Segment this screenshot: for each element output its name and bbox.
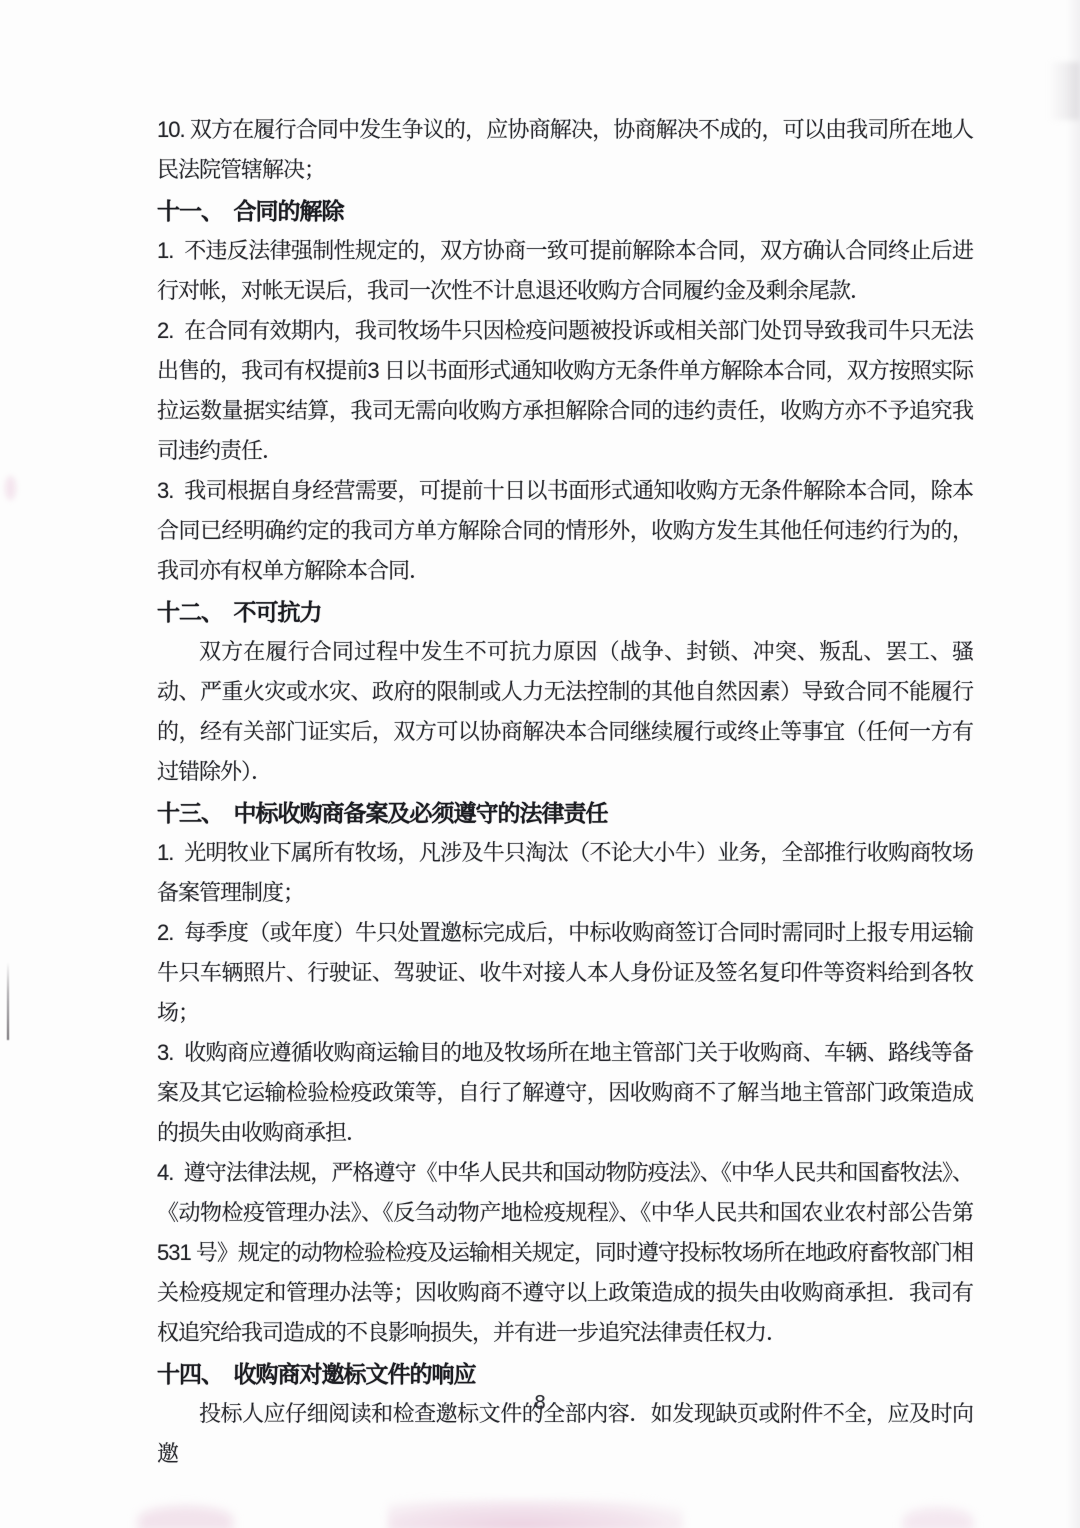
document-paragraph: 双方在履行合同过程中发生不可抗力原因（战争、封锁、冲突、叛乱、罢工、骚动、严重火… [157,632,973,792]
scan-smudge-bottom-left [138,1506,233,1528]
scanned-contract-page: 10. 双方在履行合同中发生争议的，应协商解决，协商解决不成的，可以由我司所在地… [0,0,1080,1528]
document-paragraph: 3. 收购商应遵循收购商运输目的地及牧场所在地主管部门关于收购商、车辆、路线等备… [157,1033,973,1153]
scan-smudge-bottom-right [903,1508,973,1528]
document-paragraph: 2. 每季度（或年度）牛只处置邀标完成后，中标收购商签订合同时需同时上报专用运输… [157,913,973,1033]
scan-edge-shadow [1066,0,1080,1528]
scan-smudge-left [5,476,16,500]
section-heading: 十二、 不可抗力 [157,592,973,632]
section-heading: 十三、 中标收购商备案及必须遵守的法律责任 [157,793,973,833]
document-paragraph: 1. 不违反法律强制性规定的，双方协商一致可提前解除本合同，双方确认合同终止后进… [157,231,973,311]
document-content: 10. 双方在履行合同中发生争议的，应协商解决，协商解决不成的，可以由我司所在地… [157,110,973,1474]
page-number: 8 [0,1392,1080,1415]
document-paragraph: 3. 我司根据自身经营需要，可提前十日以书面形式通知收购方无条件解除本合同，除本… [157,471,973,591]
document-paragraph: 10. 双方在履行合同中发生争议的，应协商解决，协商解决不成的，可以由我司所在地… [157,110,973,190]
document-paragraph: 2. 在合同有效期内，我司牧场牛只因检疫问题被投诉或相关部门处罚导致我司牛只无法… [157,311,973,471]
document-paragraph: 1. 光明牧业下属所有牧场，凡涉及牛只淘汰（不论大小牛）业务，全部推行收购商牧场… [157,833,973,913]
document-paragraph: 4. 遵守法律法规，严格遵守《中华人民共和国动物防疫法》、《中华人民共和国畜牧法… [157,1153,973,1353]
scan-scratch-line [7,962,9,1040]
section-heading: 十一、 合同的解除 [157,191,973,231]
scan-smudge-bottom-center [388,1500,683,1528]
section-heading: 十四、 收购商对邀标文件的响应 [157,1354,973,1394]
scan-smudge-top-right [1048,62,1080,120]
